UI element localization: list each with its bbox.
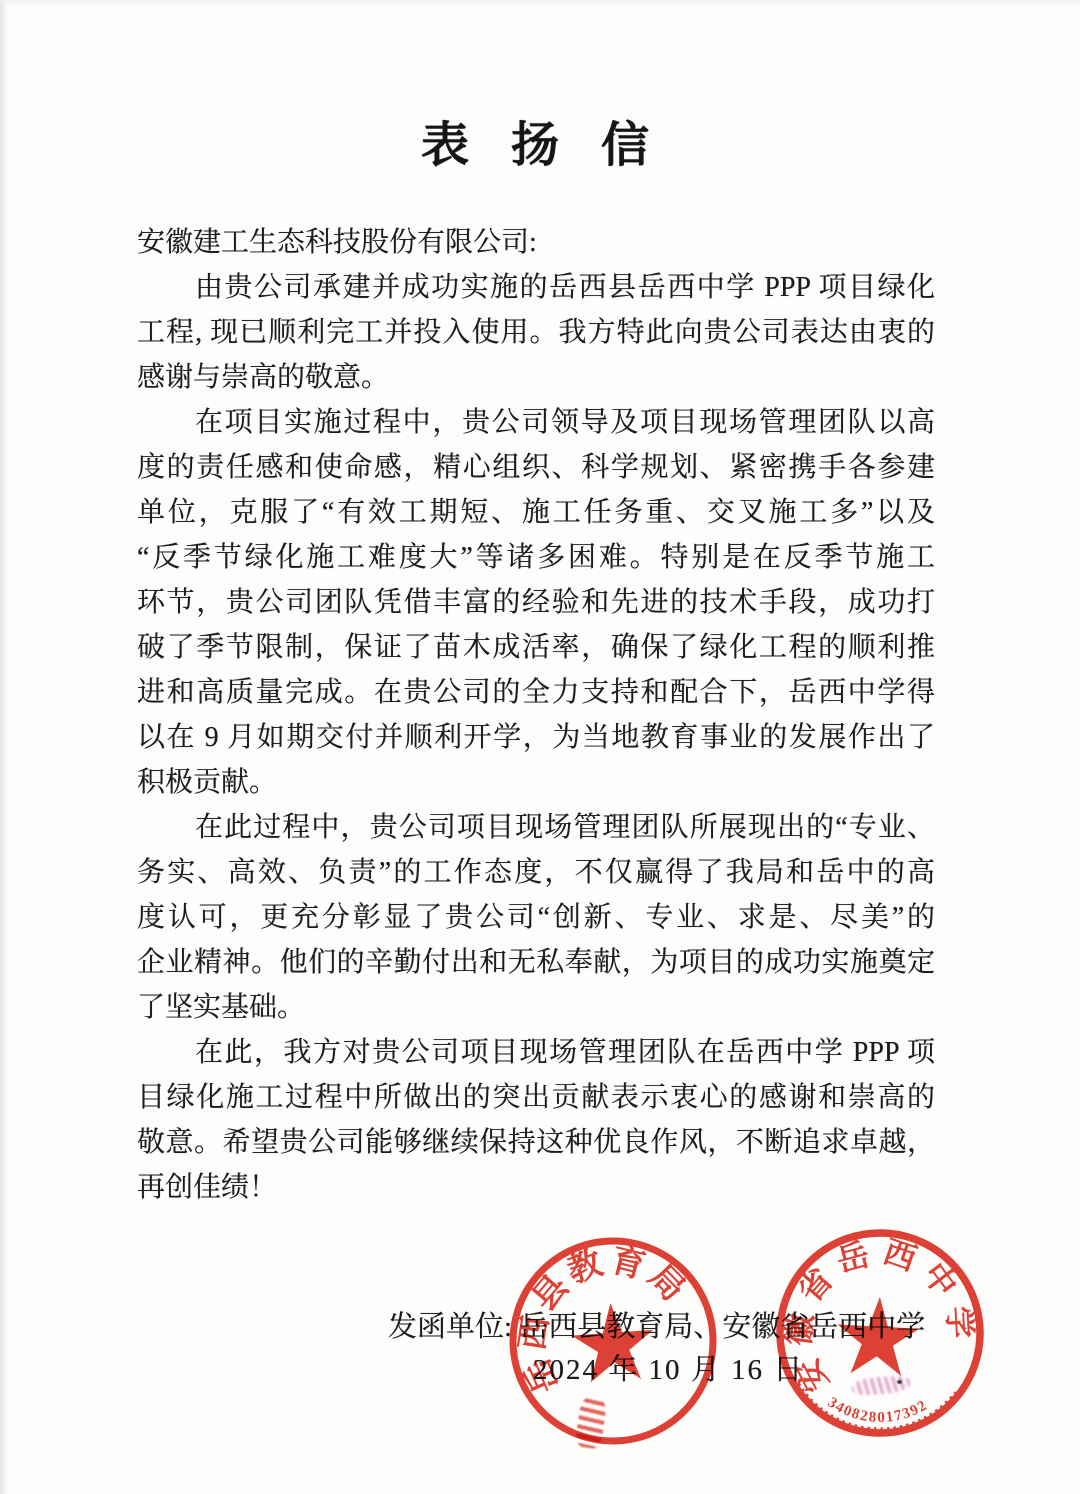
body-line: 单位，克服了“有效工期短、施工任务重、交叉施工多”以及	[137, 490, 935, 535]
body-line: 务实、高效、负责”的工作态度，不仅赢得了我局和岳中的高	[137, 850, 935, 895]
education-bureau-seal: 岳西县教育局	[501, 1229, 725, 1453]
commendation-letter-page: 表 扬 信 安徽建工生态科技股份有限公司: 由贵公司承建并成功实施的岳西县岳西中…	[0, 0, 1080, 1494]
body-line: 由贵公司承建并成功实施的岳西县岳西中学 PPP 项目绿化	[137, 265, 935, 310]
body-line: 度认可，更充分彰显了贵公司“创新、专业、求是、尽美”的	[137, 895, 935, 940]
body-line: 感谢与崇高的敬意。	[137, 355, 935, 400]
scan-edge-shadow-top	[0, 0, 1080, 6]
seal-star-icon	[835, 1295, 921, 1377]
ink-dot	[897, 1380, 902, 1384]
body-line: 在此过程中，贵公司项目现场管理团队所展现出的“专业、	[137, 805, 935, 850]
body-line: 工程, 现已顺利完工并投入使用。我方特此向贵公司表达由衷的	[137, 310, 935, 355]
body-line: 度的责任感和使命感，精心组织、科学规划、紧密携手各参建	[137, 445, 935, 490]
body-line: 目绿化施工过程中所做出的突出贡献表示衷心的感谢和崇高的	[137, 1075, 935, 1120]
seal-star-icon	[570, 1300, 657, 1383]
body-line: 进和高质量完成。在贵公司的全力支持和配合下，岳西中学得	[137, 670, 935, 715]
body-line: 敬意。希望贵公司能够继续保持这种优良作风，不断追求卓越，	[137, 1120, 935, 1165]
school-seal: 安徽省岳西中学 3408280173921	[770, 1223, 991, 1444]
body-line: 破了季节限制，保证了苗木成活率，确保了绿化工程的顺利推	[137, 625, 935, 670]
body-line: 在项目实施过程中，贵公司领导及项目现场管理团队以高	[137, 400, 935, 445]
body-line: 环节，贵公司团队凭借丰富的经验和先进的技术手段，成功打	[137, 580, 935, 625]
letter-body: 安徽建工生态科技股份有限公司: 由贵公司承建并成功实施的岳西县岳西中学 PPP …	[137, 220, 935, 1210]
body-line: 积极贡献。	[137, 760, 935, 805]
salutation-line: 安徽建工生态科技股份有限公司:	[137, 220, 935, 265]
body-line: 了坚实基础。	[137, 985, 935, 1030]
body-line: “反季节绿化施工难度大”等诸多困难。特别是在反季节施工	[137, 535, 935, 580]
body-line: 在此，我方对贵公司项目现场管理团队在岳西中学 PPP 项	[137, 1030, 935, 1075]
body-line: 以在 9 月如期交付并顺利开学，为当地教育事业的发展作出了	[137, 715, 935, 760]
scan-edge-shadow	[0, 0, 8, 1494]
body-line: 企业精神。他们的辛勤付出和无私奉献，为项目的成功实施奠定	[137, 940, 935, 985]
body-line: 再创佳绩！	[137, 1165, 935, 1210]
letter-title: 表 扬 信	[0, 106, 1080, 175]
